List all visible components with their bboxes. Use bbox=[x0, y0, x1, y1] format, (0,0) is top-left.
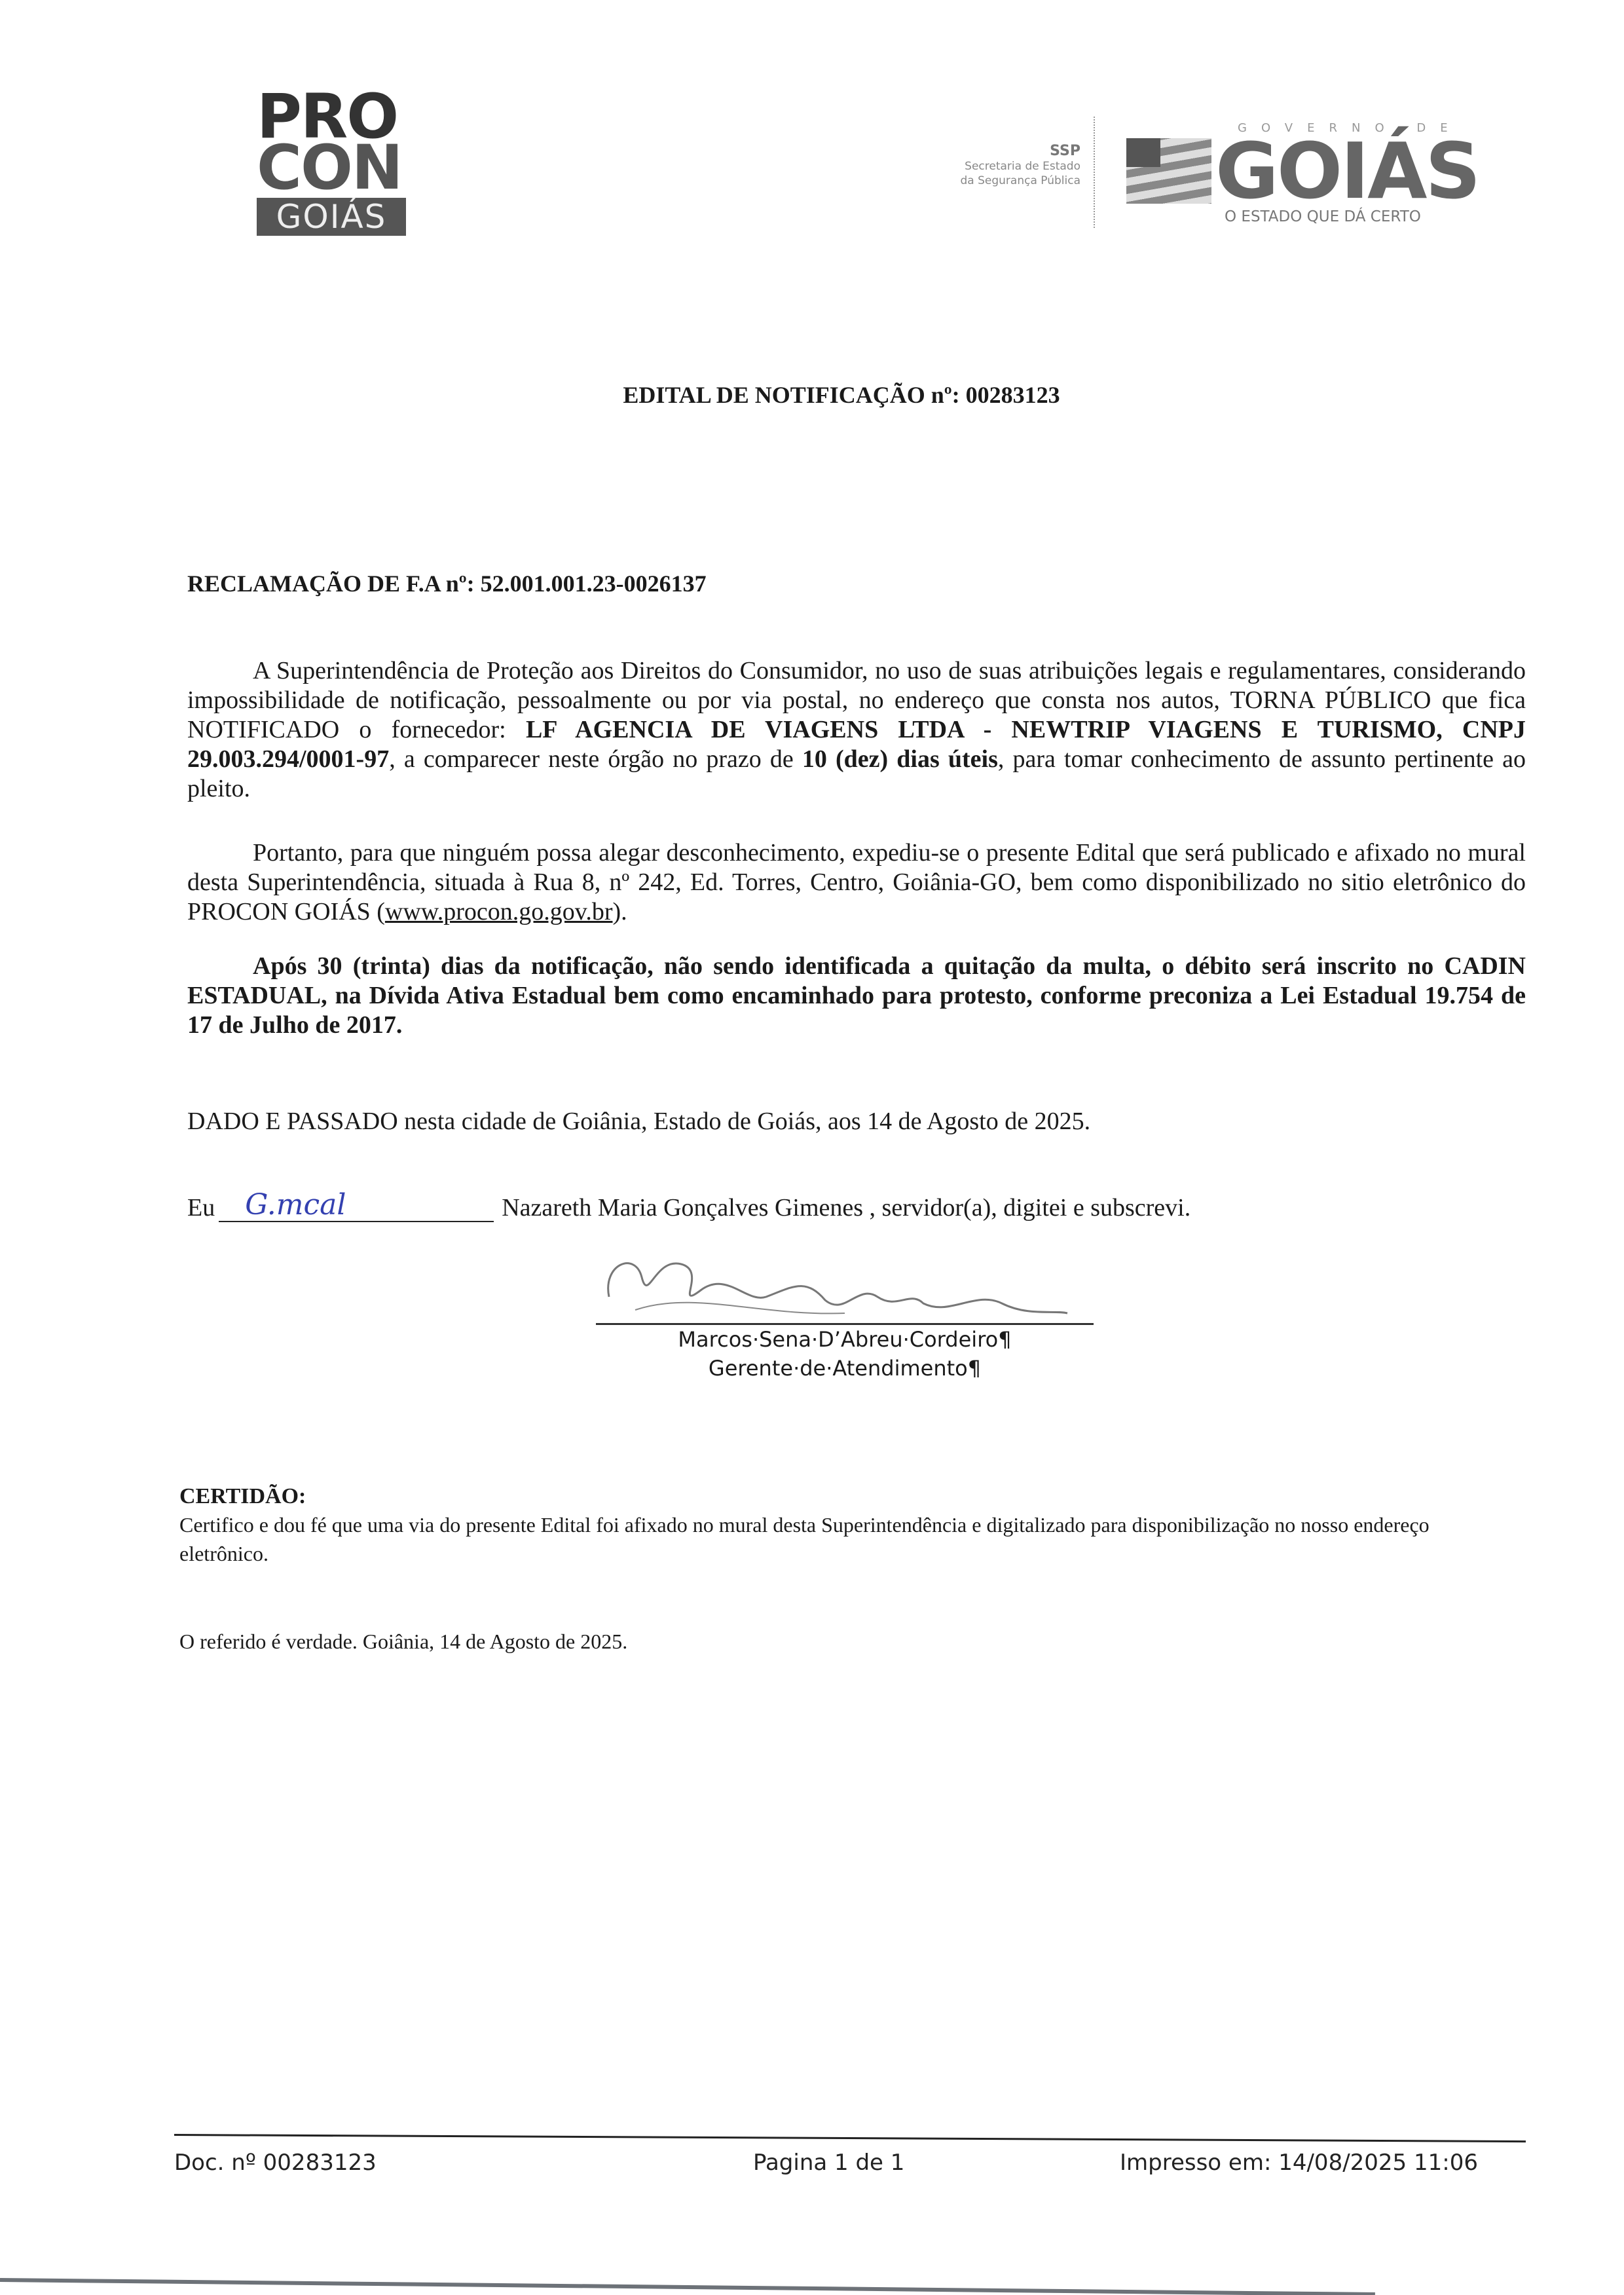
footer-doc-number: Doc. nº 00283123 bbox=[174, 2150, 377, 2176]
subscriber-signature: G.mcal bbox=[245, 1188, 346, 1222]
subscriber-signature-line: G.mcal bbox=[219, 1195, 494, 1222]
certidao-closing: O referido é verdade. Goiânia, 14 de Ago… bbox=[179, 1630, 627, 1654]
ssp-abbr: SSP bbox=[960, 143, 1080, 159]
deadline: 10 (dez) dias úteis bbox=[802, 745, 998, 773]
procon-logo-state: GOIÁS bbox=[257, 198, 406, 236]
signatory-signature bbox=[589, 1251, 1100, 1323]
signatory-block: Marcos·Sena·D’Abreu·Cordeiro¶ Gerente·de… bbox=[589, 1251, 1100, 1383]
certidao-body: Certifico e dou fé que uma via do presen… bbox=[179, 1510, 1456, 1568]
p2-text-end: ). bbox=[613, 898, 627, 925]
procon-logo-con: CON bbox=[257, 143, 407, 194]
paragraph-notification: A Superintendência de Proteção aos Direi… bbox=[187, 656, 1526, 804]
paragraph-publication: Portanto, para que ninguém possa alegar … bbox=[187, 838, 1526, 927]
signatory-role: Gerente·de·Atendimento¶ bbox=[589, 1354, 1100, 1383]
procon-website-link[interactable]: www.procon.go.gov.br bbox=[385, 898, 613, 925]
footer-printed-date: Impresso em: 14/08/2025 11:06 bbox=[1120, 2150, 1478, 2176]
p3-text: Após 30 (trinta) dias da notificação, nã… bbox=[187, 952, 1526, 1039]
procon-logo: PRO CON GOIÁS bbox=[257, 92, 407, 236]
subscriber-line: Eu G.mcal Nazareth Maria Gonçalves Gimen… bbox=[187, 1193, 1190, 1222]
document-title: EDITAL DE NOTIFICAÇÃO nº: 00283123 bbox=[0, 381, 1624, 409]
goias-logo-name: GOIÁS bbox=[1215, 135, 1479, 207]
dado-passado: DADO E PASSADO nesta cidade de Goiânia, … bbox=[187, 1107, 1090, 1136]
goias-logo: GOVERNO DE GOIÁS O ESTADO QUE DÁ CERTO bbox=[1126, 121, 1493, 225]
p1-text-middle: , a comparecer neste órgão no prazo de bbox=[389, 745, 802, 773]
header-divider bbox=[1094, 117, 1095, 228]
reclamacao-number: RECLAMAÇÃO DE F.A nº: 52.001.001.23-0026… bbox=[187, 570, 707, 597]
certidao-title: CERTIDÃO: bbox=[179, 1484, 306, 1509]
scan-page-edge bbox=[0, 2278, 1375, 2295]
subscriber-text: Nazareth Maria Gonçalves Gimenes , servi… bbox=[502, 1193, 1190, 1222]
footer-page-number: Pagina 1 de 1 bbox=[753, 2150, 904, 2176]
signatory-name: Marcos·Sena·D’Abreu·Cordeiro¶ bbox=[589, 1325, 1100, 1354]
subscriber-prefix: Eu bbox=[187, 1193, 215, 1222]
paragraph-warning: Após 30 (trinta) dias da notificação, nã… bbox=[187, 952, 1526, 1040]
ssp-line-1: Secretaria de Estado bbox=[960, 159, 1080, 174]
ssp-line-2: da Segurança Pública bbox=[960, 174, 1080, 188]
goias-flag-icon bbox=[1126, 138, 1211, 204]
ssp-logo: SSP Secretaria de Estado da Segurança Pú… bbox=[960, 143, 1080, 188]
footer-divider bbox=[174, 2134, 1526, 2142]
